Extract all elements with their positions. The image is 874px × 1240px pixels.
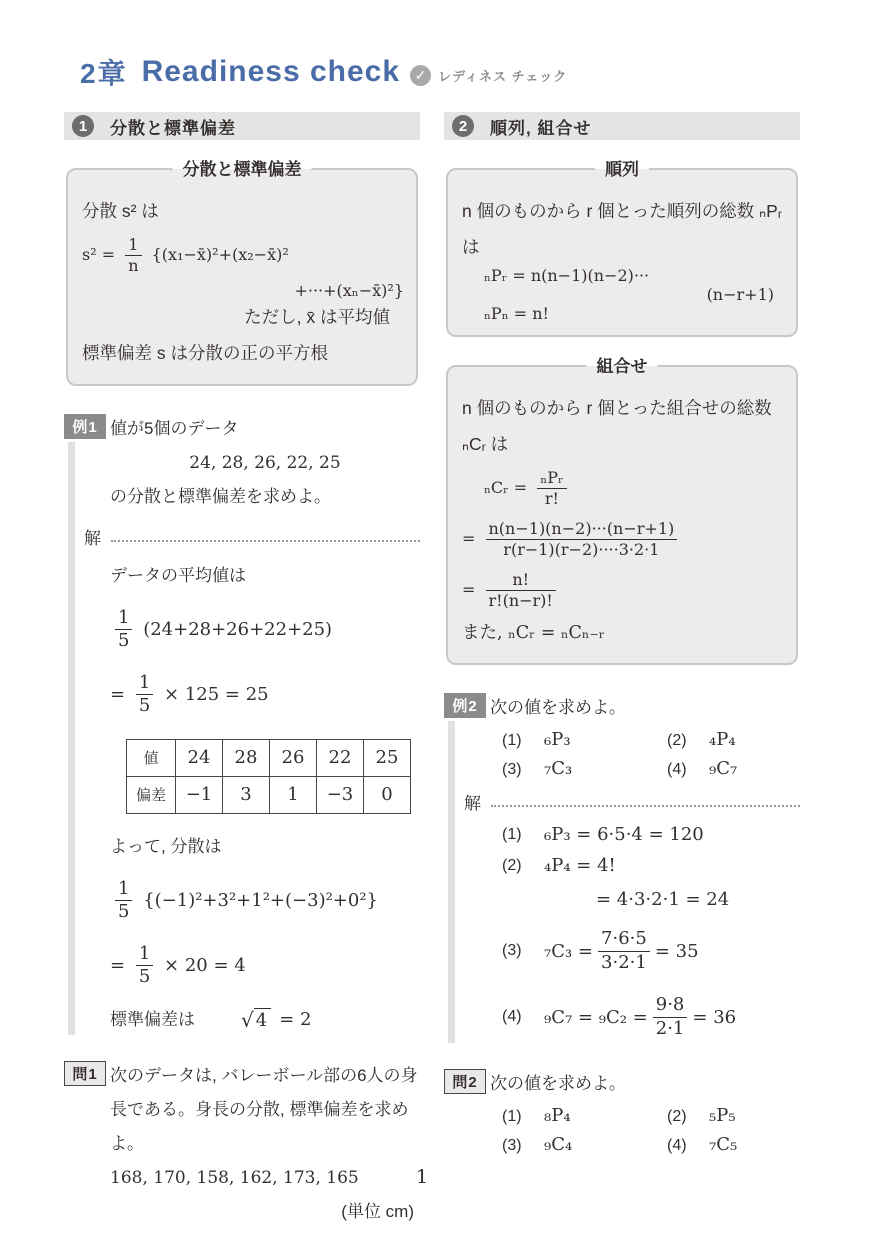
formula-rest: {(x₁−x̄)²+(x₂−x̄)² bbox=[152, 245, 289, 264]
page-title: Readiness check bbox=[142, 55, 400, 89]
solution-header: 解 bbox=[464, 789, 800, 814]
table-row: 値 24 28 26 22 25 bbox=[127, 739, 411, 776]
list-item: (3) ₉C₄ bbox=[502, 1134, 667, 1155]
example1-rule bbox=[68, 442, 75, 1035]
perm-formula1-cont: (n−r+1) bbox=[462, 285, 784, 304]
textbook-page: 2章 Readiness check ✓ レディネス チェック 1 分散と標準偏… bbox=[0, 0, 874, 1240]
variance-infobox: 分散と標準偏差 分散 s² は s² = 1 n {(x₁−x̄)²+(x₂−x… bbox=[66, 168, 418, 386]
page-subtitle: レディネス チェック bbox=[438, 66, 567, 85]
list-item: (4) ₉C₇ bbox=[667, 758, 800, 779]
problem1-block: 問1 次のデータは, バレーボール部の6人の身長である。身長の分散, 標準偏差を… bbox=[64, 1059, 420, 1229]
problem1-unit: (単位 cm) bbox=[110, 1195, 420, 1229]
problem2-block: 問2 次の値を求めよ。 (1) ₈P₄ (2) ₅P₅ (3) ₉C₄ (4) … bbox=[444, 1067, 800, 1155]
example1-block: 例1 値が5個のデータ 24, 28, 26, 22, 25 の分散と標準偏差を… bbox=[64, 412, 420, 1037]
table-cell: −1 bbox=[176, 776, 223, 813]
problem2-prompt: 次の値を求めよ。 bbox=[490, 1067, 800, 1101]
chapter-label: 2章 bbox=[80, 52, 128, 92]
example2-prompt: 次の値を求めよ。 bbox=[490, 691, 800, 725]
table-header-value: 値 bbox=[127, 739, 176, 776]
perm-intro: n 個のものから r 個とった順列の総数 ₙPᵣ は bbox=[462, 194, 784, 266]
radicand: 4 bbox=[254, 1008, 271, 1031]
variance-formula-cont: +···+(xₙ−x̄)²} bbox=[82, 281, 404, 300]
fraction: 1 5 bbox=[115, 878, 132, 924]
table-cell: 0 bbox=[364, 776, 411, 813]
perm-formula2: ₙPₙ = n! bbox=[484, 304, 784, 323]
example2-rule bbox=[448, 721, 455, 1043]
table-cell: 28 bbox=[223, 739, 270, 776]
problem1-label: 問1 bbox=[64, 1061, 106, 1086]
left-column: 1 分散と標準偏差 分散と標準偏差 分散 s² は s² = 1 n {(x₁−… bbox=[64, 112, 420, 1229]
mean-expr: (24+28+26+22+25) bbox=[143, 619, 332, 640]
solution-line-2: (2) ₄P₄ = 4! bbox=[502, 855, 800, 876]
problem2-items: (1) ₈P₄ (2) ₅P₅ (3) ₉C₄ (4) ₇C₅ bbox=[502, 1105, 800, 1155]
solution-divider bbox=[111, 540, 420, 542]
example1-prompt: 値が5個のデータ bbox=[110, 412, 420, 446]
infobox-intro: 分散 s² は bbox=[82, 194, 404, 230]
variance-expr: {(−1)²+3²+1²+(−3)²+0²} bbox=[143, 890, 378, 911]
example2-block: 例2 次の値を求めよ。 (1) ₆P₃ (2) ₄P₄ (3) ₇C₃ (4) bbox=[444, 691, 800, 1045]
infobox-note: ただし, x̄ は平均値 bbox=[82, 300, 404, 336]
section2-number-badge: 2 bbox=[452, 115, 474, 137]
fraction: 7·6·5 3·2·1 bbox=[598, 928, 650, 974]
comb-note: また, ₙCᵣ = ₙCₙ₋ᵣ bbox=[462, 616, 784, 652]
infobox-title: 組合せ bbox=[587, 354, 658, 380]
variance-calc: 1 5 {(−1)²+3²+1²+(−3)²+0²} bbox=[110, 873, 420, 929]
solution-label: 解 bbox=[84, 524, 101, 549]
problem2-label: 問2 bbox=[444, 1069, 486, 1094]
section2-header: 2 順列, 組合せ bbox=[444, 112, 800, 140]
comb-intro: n 個のものから r 個とった組合せの総数 ₙCᵣ は bbox=[462, 391, 784, 463]
section2-title: 順列, 組合せ bbox=[490, 114, 591, 139]
permutation-infobox: 順列 n 個のものから r 個とった順列の総数 ₙPᵣ は ₙPᵣ = n(n−… bbox=[446, 168, 798, 337]
page-header: 2章 Readiness check ✓ レディネス チェック bbox=[80, 52, 567, 92]
table-cell: 1 bbox=[270, 776, 317, 813]
mean-calc: 1 5 (24+28+26+22+25) bbox=[110, 602, 420, 658]
comb-formula1: ₙCᵣ = ₙPᵣ r! bbox=[484, 463, 784, 514]
comb-formula3: = n! r!(n−r)! bbox=[462, 565, 784, 616]
right-column: 2 順列, 組合せ 順列 n 個のものから r 個とった順列の総数 ₙPᵣ は … bbox=[444, 112, 800, 1159]
table-cell: −3 bbox=[317, 776, 364, 813]
fraction: 1 5 bbox=[136, 943, 153, 989]
fraction: 1 n bbox=[125, 235, 141, 276]
example2-label: 例2 bbox=[444, 693, 486, 718]
list-item: (4) ₇C₅ bbox=[667, 1134, 800, 1155]
infobox-title: 分散と標準偏差 bbox=[173, 157, 312, 183]
example1-label: 例1 bbox=[64, 414, 106, 439]
sd-value: = 2 bbox=[279, 1009, 311, 1030]
fraction: 9·8 2·1 bbox=[653, 994, 688, 1040]
mean-intro: データの平均値は bbox=[110, 559, 420, 593]
radical-sign: √ bbox=[241, 1008, 254, 1032]
table-row: 偏差 −1 3 1 −3 0 bbox=[127, 776, 411, 813]
deviation-table: 値 24 28 26 22 25 偏差 −1 3 1 −3 0 bbox=[126, 739, 411, 814]
sd-result-line: 標準偏差は √ 4 = 2 bbox=[110, 1003, 420, 1037]
infobox-footer: 標準偏差 s は分散の正の平方根 bbox=[82, 336, 404, 372]
formula-lhs: s² = bbox=[82, 245, 115, 264]
variance-result: = 1 5 × 20 = 4 bbox=[110, 938, 420, 994]
infobox-title: 順列 bbox=[595, 157, 649, 183]
comb-formula2: = n(n−1)(n−2)···(n−r+1) r(r−1)(r−2)····3… bbox=[462, 514, 784, 565]
combination-infobox: 組合せ n 個のものから r 個とった組合せの総数 ₙCᵣ は ₙCᵣ = ₙP… bbox=[446, 365, 798, 666]
solution-label: 解 bbox=[464, 789, 481, 814]
table-cell: 25 bbox=[364, 739, 411, 776]
section1-title: 分散と標準偏差 bbox=[110, 114, 236, 139]
problem1-text: 次のデータは, バレーボール部の6人の身長である。身長の分散, 標準偏差を求めよ… bbox=[110, 1059, 420, 1161]
fraction: n! r!(n−r)! bbox=[486, 570, 556, 611]
fraction: 1 5 bbox=[136, 672, 153, 718]
variance-formula: s² = 1 n {(x₁−x̄)²+(x₂−x̄)² bbox=[82, 230, 404, 281]
solution-line-2-cont: = 4·3·2·1 = 24 bbox=[596, 886, 800, 913]
fraction: n(n−1)(n−2)···(n−r+1) r(r−1)(r−2)····3·2… bbox=[486, 519, 678, 560]
fraction: ₙPᵣ r! bbox=[537, 468, 566, 509]
list-item: (1) ₈P₄ bbox=[502, 1105, 667, 1126]
table-header-deviation: 偏差 bbox=[127, 776, 176, 813]
solution-header: 解 bbox=[84, 524, 420, 549]
variance-intro: よって, 分散は bbox=[110, 830, 420, 864]
table-cell: 22 bbox=[317, 739, 364, 776]
example2-items: (1) ₆P₃ (2) ₄P₄ (3) ₇C₃ (4) ₉C₇ bbox=[502, 729, 800, 779]
list-item: (2) ₅P₅ bbox=[667, 1105, 800, 1126]
table-cell: 26 bbox=[270, 739, 317, 776]
section1-header: 1 分散と標準偏差 bbox=[64, 112, 420, 140]
solution-line-1: (1) ₆P₃ = 6·5·4 = 120 bbox=[502, 824, 800, 845]
list-item: (1) ₆P₃ bbox=[502, 729, 667, 750]
section1-number-badge: 1 bbox=[72, 115, 94, 137]
mean-result: = 1 5 × 125 = 25 bbox=[110, 667, 420, 723]
perm-formula1: ₙPᵣ = n(n−1)(n−2)··· bbox=[484, 266, 784, 285]
list-item: (2) ₄P₄ bbox=[667, 729, 800, 750]
table-cell: 24 bbox=[176, 739, 223, 776]
fraction: 1 5 bbox=[115, 607, 132, 653]
sd-label: 標準偏差は bbox=[110, 1003, 195, 1037]
check-icon: ✓ bbox=[410, 65, 431, 86]
table-cell: 3 bbox=[223, 776, 270, 813]
example1-question: の分散と標準偏差を求めよ。 bbox=[110, 480, 420, 514]
solution-divider bbox=[491, 805, 800, 807]
list-item: (3) ₇C₃ bbox=[502, 758, 667, 779]
example1-data: 24, 28, 26, 22, 25 bbox=[110, 446, 420, 480]
solution-line-3: (3) ₇C₃ = 7·6·5 3·2·1 = 35 bbox=[502, 923, 800, 979]
solution-line-4: (4) ₉C₇ = ₉C₂ = 9·8 2·1 = 36 bbox=[502, 989, 800, 1045]
page-number: 1 bbox=[0, 1166, 844, 1188]
